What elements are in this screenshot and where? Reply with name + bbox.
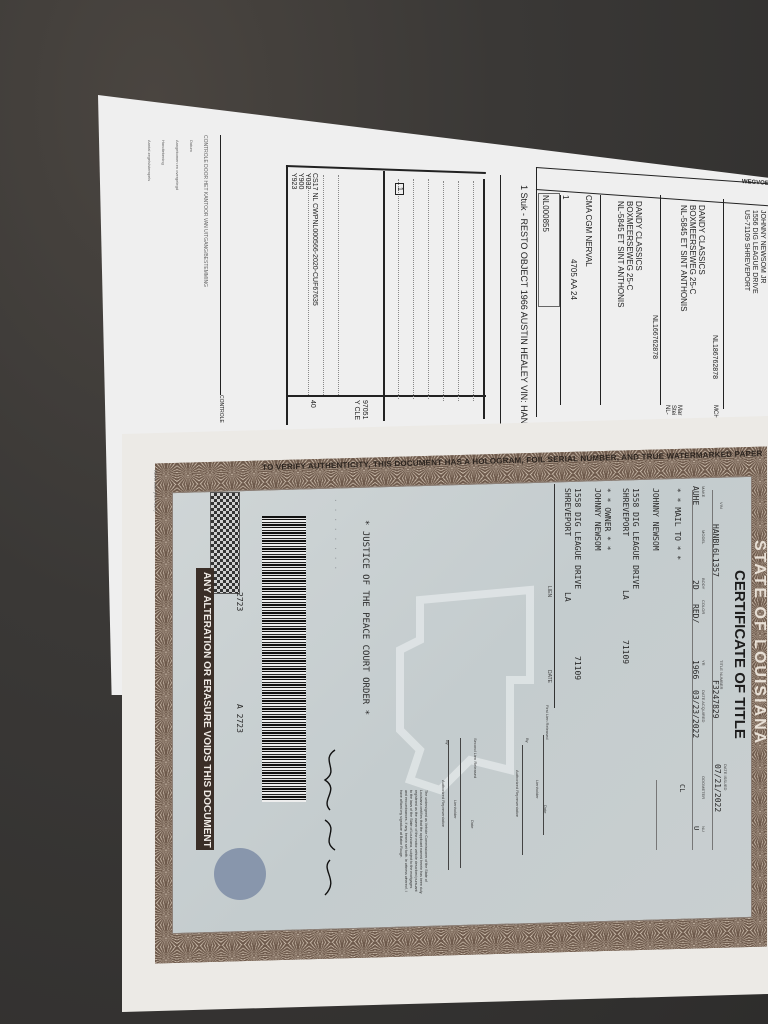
mail-to-zip: 71109 — [621, 640, 630, 664]
by-label: By — [525, 738, 530, 743]
code: Y032 — [304, 173, 311, 189]
mail-to-state: LA — [621, 590, 630, 600]
color-label: COLOR — [701, 600, 706, 614]
partial-value: 40 — [309, 400, 316, 408]
exporter-name: DANDY CLASSICS — [697, 205, 706, 275]
frame-line — [660, 195, 661, 405]
year-label: YR — [701, 660, 706, 666]
odometer-label: ODOMETER — [701, 776, 706, 799]
court-order-note: * JUSTICE OF THE PEACE COURT ORDER * — [360, 520, 370, 715]
lienholder-label: Lienholder — [535, 780, 540, 799]
office-box — [538, 193, 560, 307]
postcode: 4705 AA 24 — [569, 259, 578, 300]
document-reference: CS17 NL CWPNL000566-2020-CUF67635 — [311, 173, 318, 306]
field-divider — [712, 490, 713, 850]
date-small-label-2: Date — [470, 820, 475, 828]
frame-line — [536, 167, 537, 417]
lien-line — [554, 484, 555, 708]
edge-code: RDPA 1960 (REV 5/17) — [153, 470, 158, 512]
frame-line — [383, 171, 385, 421]
left-line: Aangekomen en overgelegd — [175, 140, 180, 190]
signature-line — [460, 738, 461, 868]
exporter-street: BOXMEERSEWEG 25-C — [688, 205, 697, 294]
model-label: MODEL — [701, 530, 706, 544]
frame-line — [600, 195, 601, 405]
mail-to-label: * * MAIL TO * * — [673, 488, 682, 560]
frame-line — [536, 167, 768, 192]
signature-line — [543, 735, 544, 835]
declarant-number: NL186762878 — [711, 335, 718, 379]
lienholder-label-2: Lienholder — [453, 800, 458, 819]
frame-line — [483, 179, 485, 419]
field-divider — [692, 490, 693, 850]
first-lien-released-label: First Lien Released — [545, 705, 550, 739]
left-header: CONTROLE DOOR HET KANTOOR VAN UITGANG/BE… — [202, 135, 208, 287]
nu-label: NU — [701, 826, 706, 832]
alteration-warning: ANY ALTERATION OR ERASURE VOIDS THIS DOC… — [201, 572, 212, 848]
mail-to-street: 1558 DIG LEAGUE DRIVE — [631, 488, 640, 589]
owner-name: JOHNNY NEWSOM — [593, 488, 602, 551]
serial-short: 2723 — [235, 592, 244, 611]
consignee-name: JOHNNY NEWSOM JR — [759, 210, 766, 283]
frame-line — [286, 395, 486, 397]
consignee-street: 1556 DIG LEAGUE DRIVE — [751, 210, 758, 294]
owner-city: SHREVEPORT — [563, 488, 572, 536]
consignee-block: JOHNNY NEWSOM JR 1556 DIG LEAGUE DRIVE U… — [742, 210, 766, 294]
owner-state: LA — [563, 592, 572, 602]
field-divider — [656, 780, 657, 850]
partial-value: 97051 — [361, 400, 368, 419]
exporter-city: NL-5845 ET SINT ANTHONIS — [679, 205, 688, 311]
left-line: Handtekening — [161, 140, 166, 165]
serial-full: A 2723 — [235, 704, 244, 733]
signature-line — [522, 745, 523, 855]
dotted-line — [458, 181, 459, 401]
signature-line — [448, 740, 449, 870]
body-label: BODY — [701, 578, 706, 589]
dotted-line — [323, 175, 324, 395]
owner-zip: 71109 — [573, 656, 582, 680]
form-header: WEGVOERINGSEXEMPLAAR INVOER — [742, 179, 768, 193]
second-lien-released-label: Second Lien Released — [473, 738, 478, 778]
left-line: Aantal zegels/stempels — [147, 140, 152, 181]
exporter-block: DANDY CLASSICS BOXMEERSEWEG 25-C NL-5845… — [616, 201, 643, 307]
date-small-label: Date — [543, 805, 548, 813]
faded-stamp: · · · · · · · · — [331, 498, 340, 570]
mail-to-city: SHREVEPORT — [621, 488, 630, 536]
owner-street: 1558 DIG LEAGUE DRIVE — [573, 488, 582, 589]
date-issued-value: 07/21/2022 — [713, 764, 722, 812]
code: Y923 — [290, 173, 297, 189]
exporter-name: DANDY CLASSICS — [634, 201, 643, 271]
left-line: Datum — [189, 140, 194, 152]
count: 1 — [561, 195, 570, 199]
louisiana-watermark-icon — [380, 580, 560, 800]
divider — [220, 135, 221, 395]
commissioner-signature-icon — [315, 745, 345, 905]
dotted-line — [308, 175, 309, 395]
code: Y900 — [297, 173, 304, 189]
exporter-city: NL-5845 ET SINT ANTHONIS — [616, 201, 625, 307]
make-label: MAKE — [701, 486, 706, 497]
dotted-line — [428, 179, 429, 399]
partial-value: Y CLE — [353, 400, 360, 420]
date-acquired-label: DATE ACQUIRED — [701, 690, 706, 722]
dotted-line — [338, 175, 339, 395]
exporter-block-2: DANDY CLASSICS BOXMEERSEWEG 25-C NL-5845… — [679, 205, 706, 311]
right-label: Stei — [670, 405, 676, 415]
goods-description: 1 Stuk - RESTO OBJECT 1966 AUSTIN HEALEY… — [519, 185, 529, 440]
date-label: DATE — [546, 670, 552, 683]
security-code-icon — [210, 492, 240, 594]
frame-line — [560, 195, 561, 405]
item-number: 1 — [395, 183, 404, 195]
owner-label: * * OWNER * * — [603, 488, 612, 551]
right-label: NL- — [664, 405, 670, 415]
state-title: STATE OF LOUISIANA — [750, 540, 768, 745]
date-issued-label: DATE ISSUED — [723, 764, 728, 790]
dotted-line — [473, 181, 474, 401]
side-label: CONTROLE — [218, 395, 224, 423]
certificate-title: CERTIFICATE OF TITLE — [731, 570, 748, 739]
odometer-status: CL — [678, 784, 686, 792]
right-label: Mar — [676, 405, 682, 415]
certification-paragraph: The undersigned as Vehicle Commissioner … — [398, 790, 428, 895]
nu-value: U — [692, 826, 700, 830]
authorized-rep-label-2: Authorized Representative — [441, 780, 446, 827]
lien-label: LIEN — [546, 586, 552, 597]
authorized-rep-label: Authorized Representative — [515, 770, 520, 817]
hologram-seal-icon — [214, 848, 266, 900]
vin-label: VIN — [719, 502, 724, 509]
barcode — [262, 516, 306, 802]
frame-line — [500, 175, 501, 425]
frame-line — [723, 199, 724, 409]
dotted-line — [443, 181, 444, 401]
exporter-street: BOXMEERSEWEG 25-C — [625, 201, 634, 290]
exporter-number: NL166762878 — [651, 315, 658, 359]
consignee-city: US-71109 SHREVEPORT — [743, 210, 750, 291]
location: CMA CGM NERVAL — [584, 195, 593, 267]
frame-line — [536, 189, 768, 214]
mail-to-name: JOHNNY NEWSOM — [651, 488, 660, 551]
dotted-line — [413, 179, 414, 399]
frame-line — [286, 165, 288, 425]
dotted-line — [398, 179, 399, 399]
